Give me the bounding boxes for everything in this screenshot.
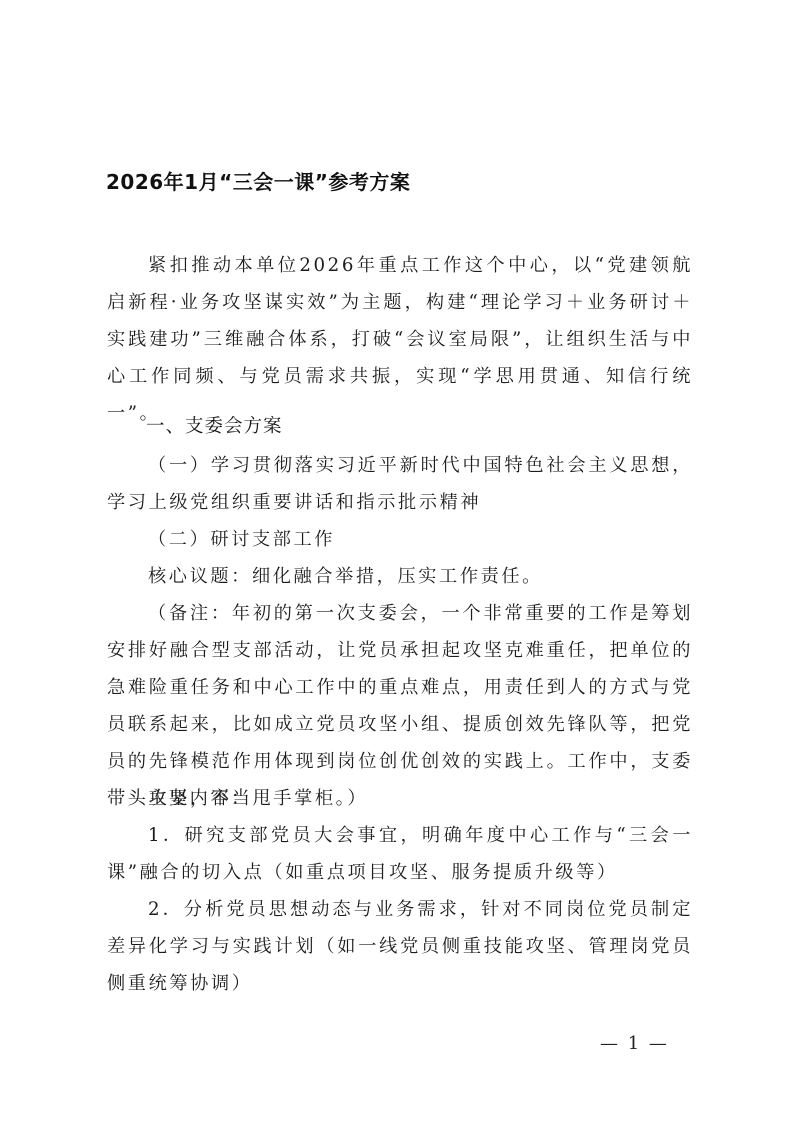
point-2: 2．分析党员思想动态与业务需求，针对不同岗位党员制定差异化学习与实践计划（如一线… bbox=[107, 891, 693, 1002]
point-1: 1．研究支部党员大会事宜，明确年度中心工作与“三会一课”融合的切入点（如重点项目… bbox=[107, 817, 693, 891]
main-content-label: 主要内容： bbox=[107, 780, 693, 817]
point-2-text: 2．分析党员思想动态与业务需求，针对不同岗位党员制定差异化学习与实践计划（如一线… bbox=[107, 891, 693, 1002]
core-topic: 核心议题：细化融合举措，压实工作责任。 bbox=[107, 558, 693, 595]
sub-item-2-text: （二）研讨支部工作 bbox=[107, 521, 693, 558]
main-content-label-text: 主要内容： bbox=[107, 780, 693, 817]
sub-item-2: （二）研讨支部工作 bbox=[107, 521, 693, 558]
sub-item-1-text: （一）学习贯彻落实习近平新时代中国特色社会主义思想，学习上级党组织重要讲话和指示… bbox=[107, 447, 693, 521]
point-1-text: 1．研究支部党员大会事宜，明确年度中心工作与“三会一课”融合的切入点（如重点项目… bbox=[107, 817, 693, 891]
document-title: 2026年1月“三会一课”参考方案 bbox=[106, 168, 410, 196]
page-number: — 1 — bbox=[600, 1030, 669, 1058]
core-topic-text: 核心议题：细化融合举措，压实工作责任。 bbox=[107, 558, 693, 595]
document-page: 2026年1月“三会一课”参考方案 紧扣推动本单位2026年重点工作这个中心，以… bbox=[0, 0, 793, 1122]
intro-paragraph: 紧扣推动本单位2026年重点工作这个中心，以“党建领航启新程·业务攻坚谋实效”为… bbox=[107, 247, 693, 432]
sub-item-1: （一）学习贯彻落实习近平新时代中国特色社会主义思想，学习上级党组织重要讲话和指示… bbox=[107, 447, 693, 521]
section-heading-branch-committee: 一、支委会方案 bbox=[146, 412, 283, 442]
intro-text: 紧扣推动本单位2026年重点工作这个中心，以“党建领航启新程·业务攻坚谋实效”为… bbox=[107, 247, 693, 432]
